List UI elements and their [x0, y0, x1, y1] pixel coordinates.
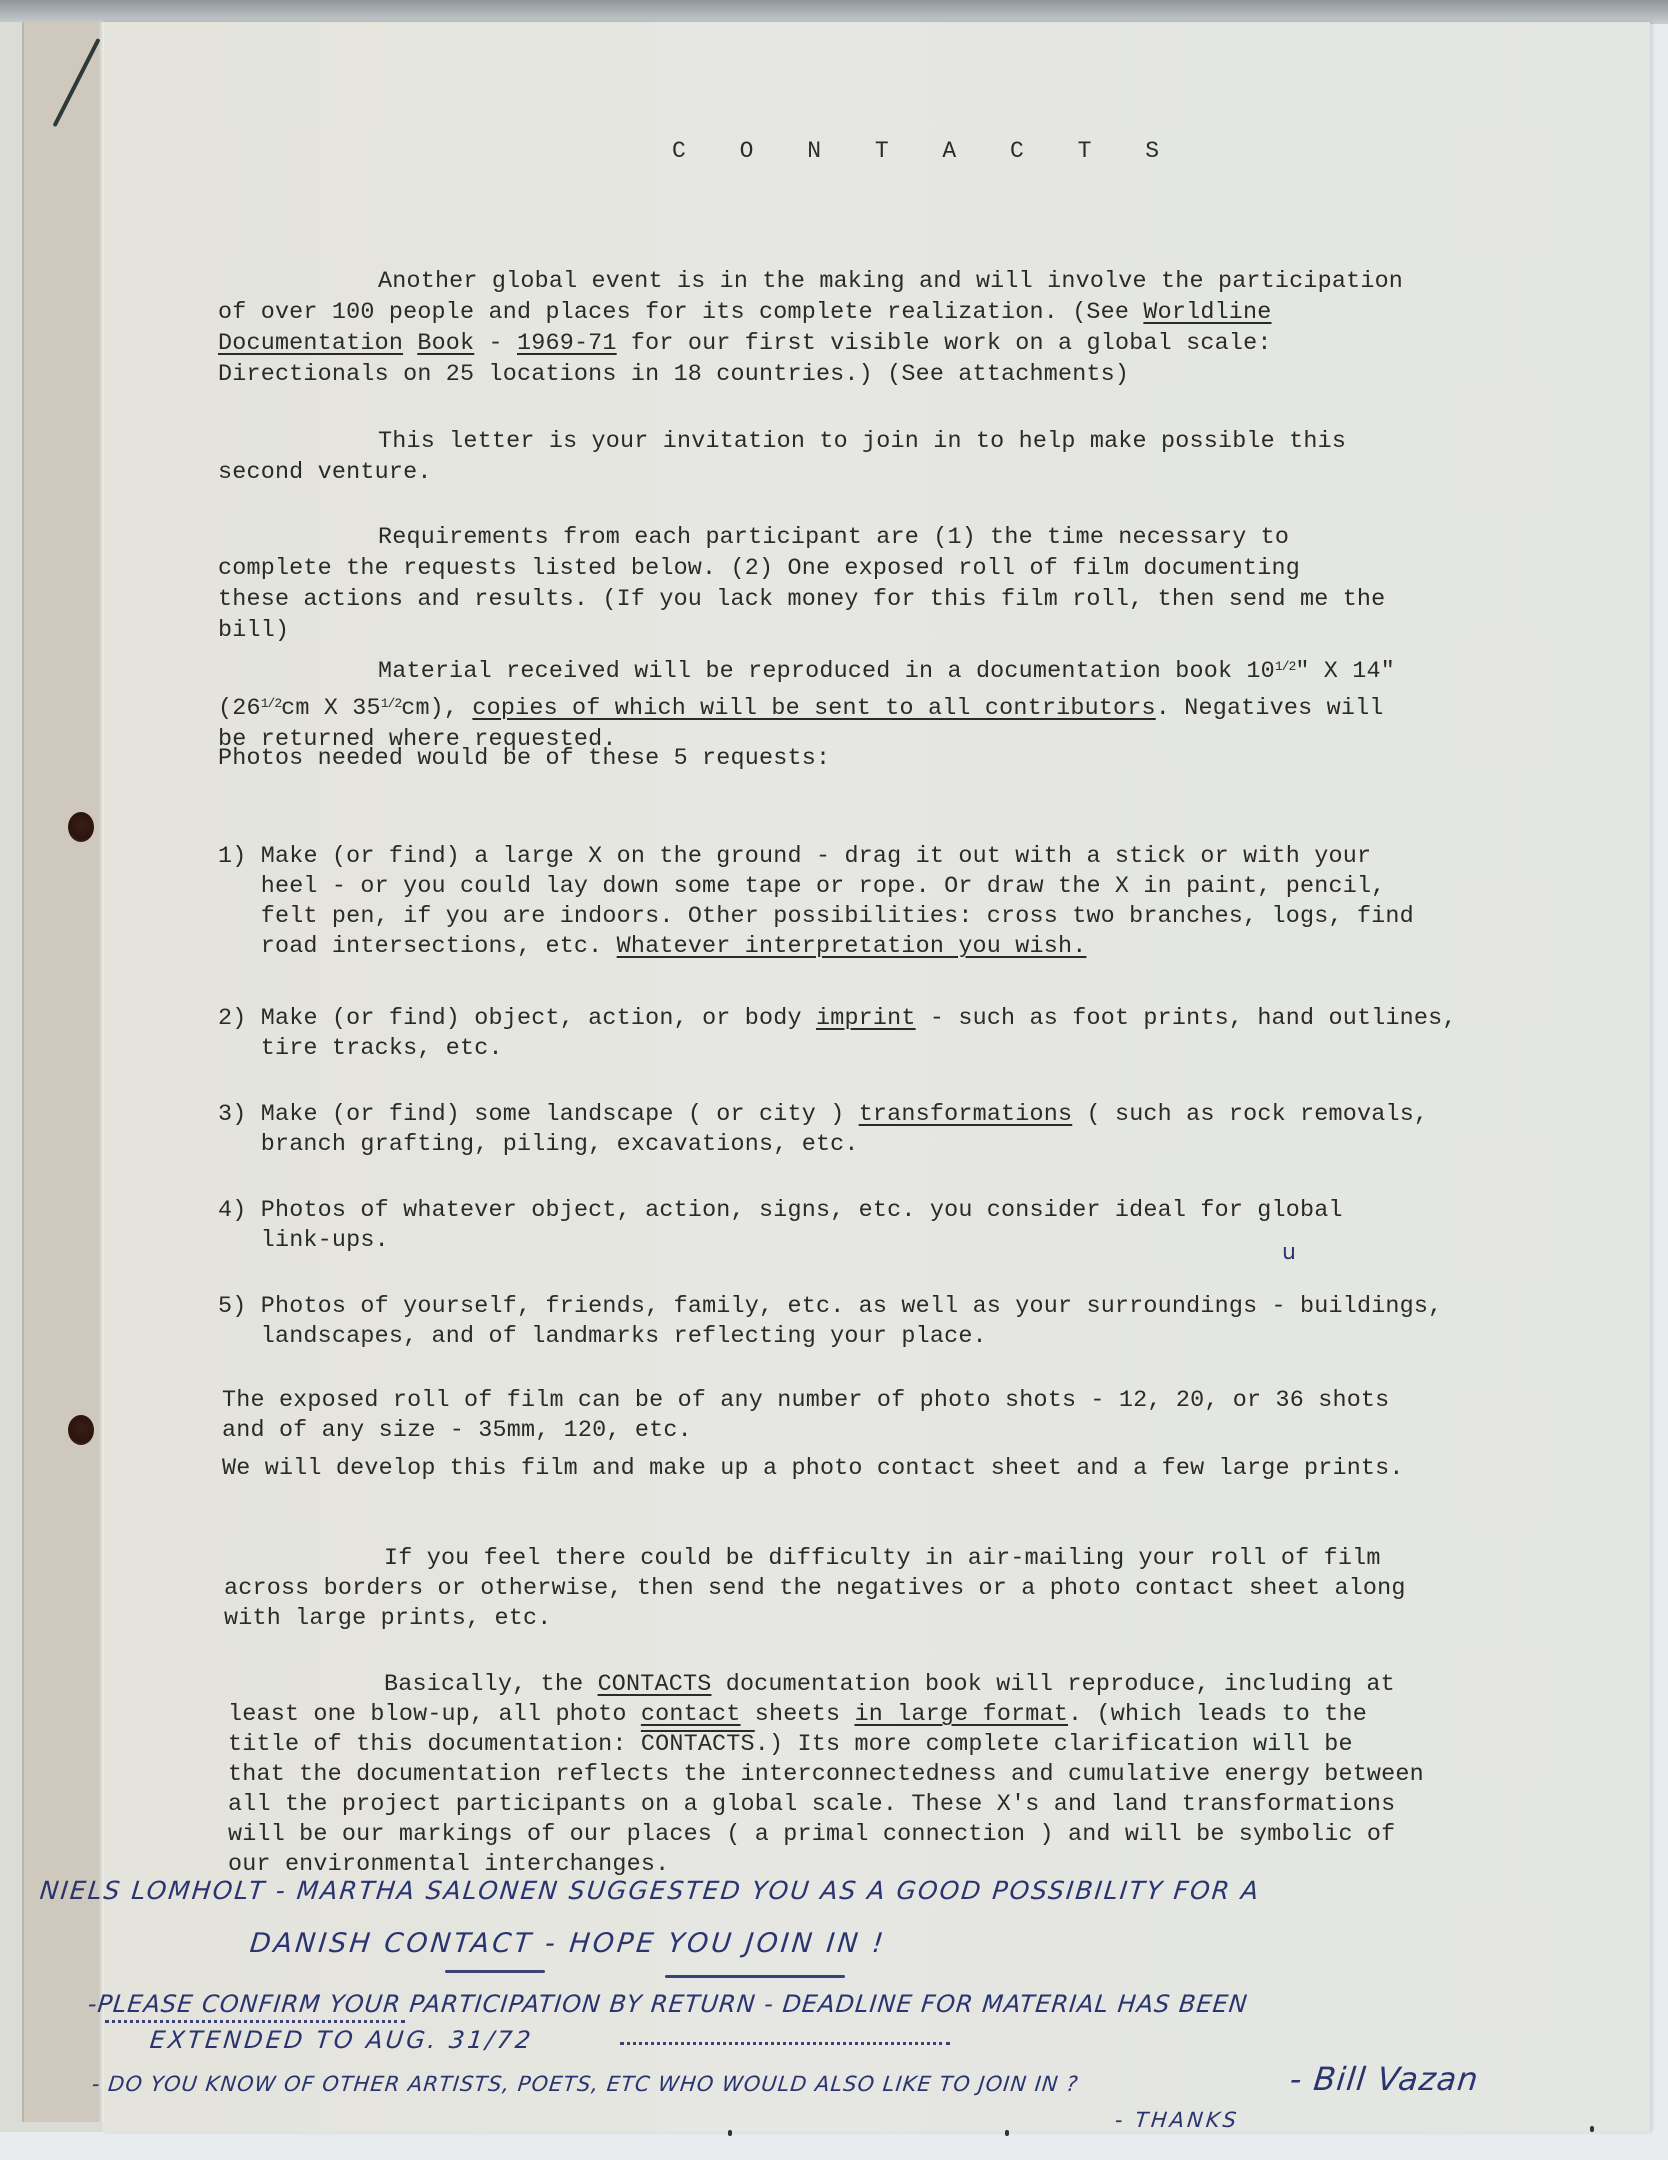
underlined-text: in large format — [854, 1702, 1068, 1728]
handwritten-underline — [665, 1975, 845, 1978]
request-item-2: 2) Make (or find) object, action, or bod… — [218, 974, 1457, 1064]
text-line: our environmental interchanges. — [228, 1852, 669, 1878]
request-item-4: 4) Photos of whatever object, action, si… — [218, 1166, 1343, 1256]
signature: - Bill Vazan — [1288, 2060, 1481, 2098]
handwritten-note-line: NIELS LOMHOLT - MARTHA SALONEN SUGGESTED… — [38, 1876, 1261, 1905]
handwritten-note-line: EXTENDED TO AUG. 31/72 — [149, 2026, 535, 2054]
paragraph-material: Material received will be reproduced in … — [218, 620, 1395, 756]
text-line: This letter is your invitation to join i… — [218, 429, 1346, 455]
handwritten-note-line: - THANKS — [1114, 2108, 1241, 2132]
background-top-edge — [0, 0, 1668, 24]
underlined-text: Whatever interpretation you wish. — [617, 934, 1087, 960]
request-item-5: 5) Photos of yourself, friends, family, … — [218, 1262, 1442, 1352]
text-line: and of any size - 35mm, 120, etc. — [222, 1418, 692, 1444]
list-number: 4) — [218, 1198, 246, 1224]
paragraph-invitation: This letter is your invitation to join i… — [218, 396, 1346, 489]
text-line: Another global event is in the making an… — [218, 269, 1403, 295]
text-line: If you feel there could be difficulty in… — [224, 1546, 1381, 1572]
text-line: landscapes, and of landmarks reflecting … — [261, 1324, 987, 1350]
text-line: . Negatives will — [1156, 696, 1384, 722]
handwritten-note-line: - DO YOU KNOW OF OTHER ARTISTS, POETS, E… — [91, 2072, 1080, 2096]
text-line: heel - or you could lay down some tape o… — [261, 874, 1386, 900]
text-line: felt pen, if you are indoors. Other poss… — [261, 904, 1414, 930]
text-line: link-ups. — [261, 1228, 389, 1254]
handwritten-note-line: -PLEASE CONFIRM YOUR PARTICIPATION BY RE… — [87, 1990, 1250, 2018]
underlined-text: 1969-71 — [517, 331, 617, 357]
paper-speck — [728, 2130, 732, 2136]
text-line: Photos of yourself, friends, family, etc… — [261, 1294, 1443, 1320]
text-line: complete the requests listed below. (2) … — [218, 556, 1300, 582]
text-line: all the project participants on a global… — [228, 1792, 1395, 1818]
paragraph-develop: We will develop this film and make up a … — [222, 1454, 1404, 1485]
text-line: branch grafting, piling, excavations, et… — [261, 1132, 859, 1158]
text-line: Make (or find) object, action, or body — [261, 1006, 816, 1032]
text-line: these actions and results. (If you lack … — [218, 587, 1385, 613]
text-line: second venture. — [218, 460, 432, 486]
fraction: 1/2 — [261, 696, 281, 711]
handwritten-note-line: DANISH CONTACT - HOPE YOU JOIN IN ! — [248, 1928, 887, 1959]
overlined-text: CONTACTS — [641, 1732, 755, 1758]
text-line: sheets — [741, 1702, 855, 1728]
text-line: Make (or find) a large X on the ground -… — [261, 844, 1371, 870]
underlined-text: imprint — [816, 1006, 916, 1032]
handwritten-wavy-underline — [105, 2020, 405, 2023]
text-line: for our first visible work on a global s… — [617, 331, 1272, 357]
text-line: (26 — [218, 696, 261, 722]
text-line: Requirements from each participant are (… — [218, 525, 1289, 551]
underlined-text: CONTACTS — [598, 1672, 712, 1698]
text-line: least one blow-up, all photo — [228, 1702, 641, 1728]
underlined-text: transformations — [859, 1102, 1073, 1128]
paper-speck — [1590, 2126, 1594, 2132]
handwritten-wavy-underline — [620, 2042, 950, 2045]
text-line: ( such as rock removals, — [1072, 1102, 1428, 1128]
fraction: 1/2 — [1275, 659, 1295, 674]
text-line: that the documentation reflects the inte… — [228, 1762, 1424, 1788]
text-line: - — [474, 331, 517, 357]
text-line: Material received will be reproduced in … — [218, 659, 1275, 685]
text-line: cm), — [401, 696, 472, 722]
underlined-text: Worldline — [1143, 300, 1271, 326]
text-line: The exposed roll of film can be of any n… — [222, 1388, 1389, 1414]
fraction: 1/2 — [381, 696, 401, 711]
text-line: .) Its more complete clarification will … — [755, 1732, 1353, 1758]
text-line: title of this documentation: — [228, 1732, 641, 1758]
text-line: across borders or otherwise, then send t… — [224, 1576, 1406, 1602]
paper-speck — [1005, 2130, 1009, 2136]
text-line: cm X 35 — [281, 696, 381, 722]
text-line: with large prints, etc. — [224, 1606, 551, 1632]
text-line: will be our markings of our places ( a p… — [228, 1822, 1395, 1848]
text-line: road intersections, etc. — [261, 934, 617, 960]
request-item-1: 1) Make (or find) a large X on the groun… — [218, 812, 1414, 962]
text-line: " X 14" — [1295, 659, 1395, 685]
binder-margin-strip — [22, 22, 104, 2122]
punch-hole-icon — [68, 812, 94, 842]
text-line: Basically, the — [228, 1672, 598, 1698]
text-line: documentation book will reproduce, inclu… — [711, 1672, 1394, 1698]
page-fold-line — [98, 22, 104, 2122]
request-item-3: 3) Make (or find) some landscape ( or ci… — [218, 1070, 1428, 1160]
list-number: 1) — [218, 844, 246, 870]
underlined-text: Documentation — [218, 331, 403, 357]
text-line: . (which leads to the — [1068, 1702, 1367, 1728]
page-title: C O N T A C T S — [672, 138, 1179, 164]
text-line: Directionals on 25 locations in 18 count… — [218, 362, 1129, 388]
list-number: 5) — [218, 1294, 246, 1320]
list-number: 3) — [218, 1102, 246, 1128]
underlined-text: Book — [417, 331, 474, 357]
requests-intro: Photos needed would be of these 5 reques… — [218, 744, 830, 775]
punch-hole-icon — [68, 1415, 94, 1445]
text-line: - such as foot prints, hand outlines, — [916, 1006, 1457, 1032]
text-line: Make (or find) some landscape ( or city … — [261, 1102, 859, 1128]
text-line: tire tracks, etc. — [261, 1036, 503, 1062]
list-number: 2) — [218, 1006, 246, 1032]
paragraph-basically: Basically, the CONTACTS documentation bo… — [228, 1640, 1424, 1880]
paragraph-mailing: If you feel there could be difficulty in… — [224, 1514, 1406, 1634]
paragraph-intro: Another global event is in the making an… — [218, 236, 1403, 391]
paragraph-film: The exposed roll of film can be of any n… — [222, 1356, 1389, 1446]
underlined-text: copies of which will be sent to all cont… — [472, 696, 1155, 722]
text-line: of over 100 people and places for its co… — [218, 300, 1143, 326]
handwritten-underline — [445, 1970, 545, 1973]
text-line: Photos of whatever object, action, signs… — [261, 1198, 1343, 1224]
underlined-text: contact — [641, 1702, 741, 1728]
